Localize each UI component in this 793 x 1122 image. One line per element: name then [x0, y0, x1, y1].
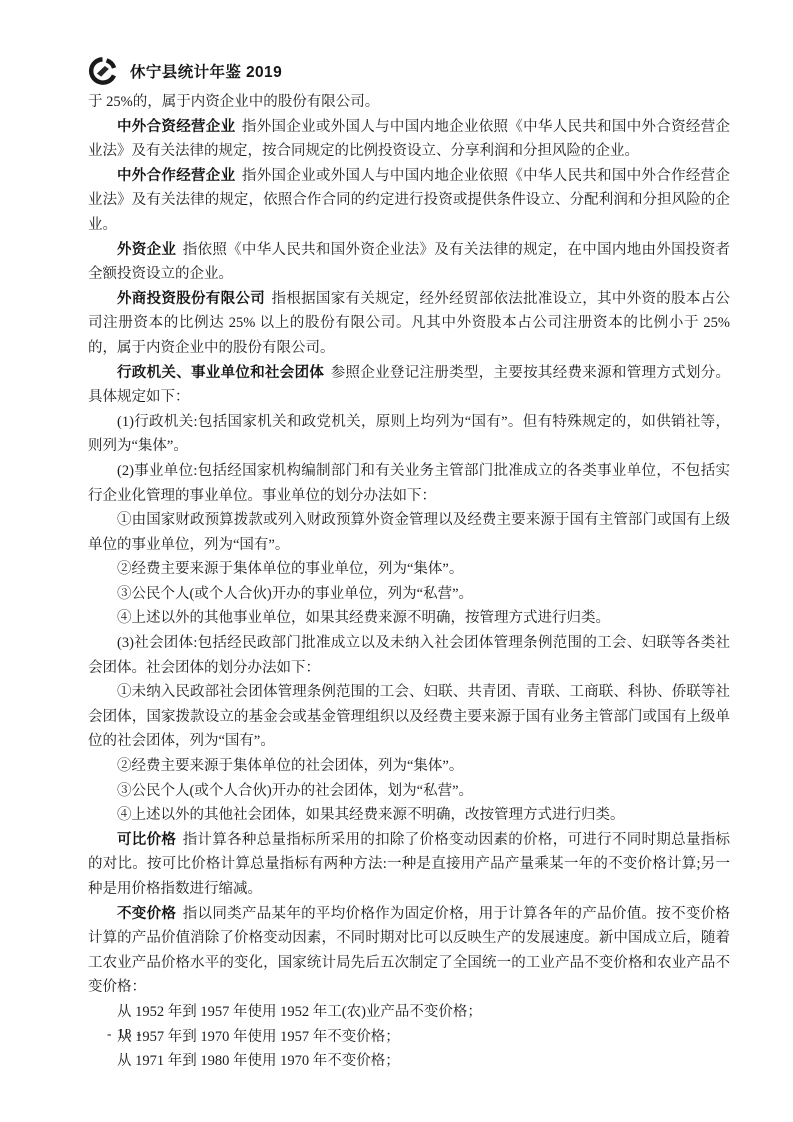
paragraph-list: 于 25%的，属于内资企业中的股份有限公司。中外合资经营企业指外国企业或外国人与… — [88, 90, 730, 1074]
definition-term: 外资企业 — [117, 242, 176, 258]
yearbook-document-page: 休宁县统计年鉴 2019 于 25%的，属于内资企业中的股份有限公司。中外合资经… — [0, 0, 793, 1122]
paragraph-text: ④上述以外的其他事业单位，如果其经费来源不明确，按管理方式进行归类。 — [117, 610, 610, 626]
definition-term: 中外合作经营企业 — [117, 168, 235, 184]
paragraph: 中外合资经营企业指外国企业或外国人与中国内地企业依照《中华人民共和国中外合资经营… — [88, 115, 730, 164]
paragraph-text: ①由国家财政预算拨款或列入财政预算外资金管理以及经费主要来源于国有主管部门或国有… — [88, 512, 730, 553]
paragraph-text: 从 1957 年到 1970 年使用 1957 年不变价格； — [117, 1029, 400, 1045]
yearbook-title: 休宁县统计年鉴 2019 — [130, 60, 282, 82]
paragraph: (1)行政机关:包括国家机关和政党机关，原则上均列为“国有”。但有特殊规定的，如… — [88, 410, 730, 459]
paragraph-text: ①未纳入民政部社会团体管理条例范围的工会、妇联、共青团、青联、工商联、科协、侨联… — [88, 684, 730, 749]
paragraph: 中外合作经营企业指外国企业或外国人与中国内地企业依照《中华人民共和国中外合作经营… — [88, 164, 730, 238]
paragraph: 不变价格指以同类产品某年的平均价格作为固定价格，用于计算各年的产品价值。按不变价… — [88, 902, 730, 1000]
paragraph: ③公民个人(或个人合伙)开办的事业单位，列为“私营”。 — [88, 582, 730, 607]
paragraph-text: 指依照《中华人民共和国外资企业法》及有关法律的规定，在中国内地由外国投资者全额投… — [88, 242, 730, 283]
paragraph: 从 1952 年到 1957 年使用 1952 年工(农)业产品不变价格； — [88, 1000, 730, 1025]
paragraph: (3)社会团体:包括经民政部门批准成立以及未纳入社会团体管理条例范围的工会、妇联… — [88, 631, 730, 680]
paragraph-text: (3)社会团体:包括经民政部门批准成立以及未纳入社会团体管理条例范围的工会、妇联… — [88, 635, 730, 676]
paragraph: 外资企业指依照《中华人民共和国外资企业法》及有关法律的规定，在中国内地由外国投资… — [88, 238, 730, 287]
paragraph-text: 指以同类产品某年的平均价格作为固定价格，用于计算各年的产品价值。按不变价格计算的… — [88, 906, 730, 996]
paragraph: 从 1957 年到 1970 年使用 1957 年不变价格； — [88, 1025, 730, 1050]
paragraph: ④上述以外的其他社会团体，如果其经费来源不明确，改按管理方式进行归类。 — [88, 803, 730, 828]
paragraph-text: 从 1952 年到 1957 年使用 1952 年工(农)业产品不变价格； — [117, 1004, 482, 1020]
paragraph-text: ③公民个人(或个人合伙)开办的社会团体，划为“私营”。 — [117, 783, 473, 799]
paragraph-text: ②经费主要来源于集体单位的事业单位，列为“集体”。 — [117, 561, 463, 577]
paragraph: 行政机关、事业单位和社会团体参照企业登记注册类型，主要按其经费来源和管理方式划分… — [88, 361, 730, 410]
paragraph: (2)事业单位:包括经国家机构编制部门和有关业务主管部门批准成立的各类事业单位，… — [88, 459, 730, 508]
paragraph-text: ②经费主要来源于集体单位的社会团体，列为“集体”。 — [117, 758, 463, 774]
paragraph-text: 从 1971 年到 1980 年使用 1970 年不变价格； — [117, 1053, 400, 1069]
paragraph: 于 25%的，属于内资企业中的股份有限公司。 — [88, 90, 730, 115]
page-content: 于 25%的，属于内资企业中的股份有限公司。中外合资经营企业指外国企业或外国人与… — [88, 90, 730, 1074]
paragraph: ③公民个人(或个人合伙)开办的社会团体，划为“私营”。 — [88, 779, 730, 804]
page-footer: - 18 - — [107, 1026, 142, 1042]
paragraph: ②经费主要来源于集体单位的事业单位，列为“集体”。 — [88, 557, 730, 582]
definition-term: 外商投资股份有限公司 — [117, 291, 265, 307]
definition-term: 行政机关、事业单位和社会团体 — [117, 365, 324, 381]
paragraph-text: ④上述以外的其他社会团体，如果其经费来源不明确，改按管理方式进行归类。 — [117, 807, 625, 823]
paragraph-text: ③公民个人(或个人合伙)开办的事业单位，列为“私营”。 — [117, 586, 473, 602]
definition-term: 中外合资经营企业 — [117, 119, 235, 135]
paragraph: ①由国家财政预算拨款或列入财政预算外资金管理以及经费主要来源于国有主管部门或国有… — [88, 508, 730, 557]
paragraph: ②经费主要来源于集体单位的社会团体，列为“集体”。 — [88, 754, 730, 779]
yearbook-logo-icon — [88, 57, 117, 85]
page-number: - 18 - — [107, 1026, 142, 1041]
page-header: 休宁县统计年鉴 2019 — [88, 57, 282, 85]
definition-term: 可比价格 — [117, 832, 176, 848]
paragraph: 可比价格指计算各种总量指标所采用的扣除了价格变动因素的价格，可进行不同时期总量指… — [88, 828, 730, 902]
paragraph-text: 指计算各种总量指标所采用的扣除了价格变动因素的价格，可进行不同时期总量指标的对比… — [88, 832, 730, 897]
paragraph: 外商投资股份有限公司指根据国家有关规定，经外经贸部依法批准设立，其中外资的股本占… — [88, 287, 730, 361]
paragraph-text: (1)行政机关:包括国家机关和政党机关，原则上均列为“国有”。但有特殊规定的，如… — [88, 414, 730, 455]
definition-term: 不变价格 — [117, 906, 176, 922]
paragraph-text: 于 25%的，属于内资企业中的股份有限公司。 — [88, 94, 379, 110]
paragraph: ①未纳入民政部社会团体管理条例范围的工会、妇联、共青团、青联、工商联、科协、侨联… — [88, 680, 730, 754]
paragraph: ④上述以外的其他事业单位，如果其经费来源不明确，按管理方式进行归类。 — [88, 606, 730, 631]
paragraph-text: (2)事业单位:包括经国家机构编制部门和有关业务主管部门批准成立的各类事业单位，… — [88, 463, 730, 504]
paragraph: 从 1971 年到 1980 年使用 1970 年不变价格； — [88, 1049, 730, 1074]
